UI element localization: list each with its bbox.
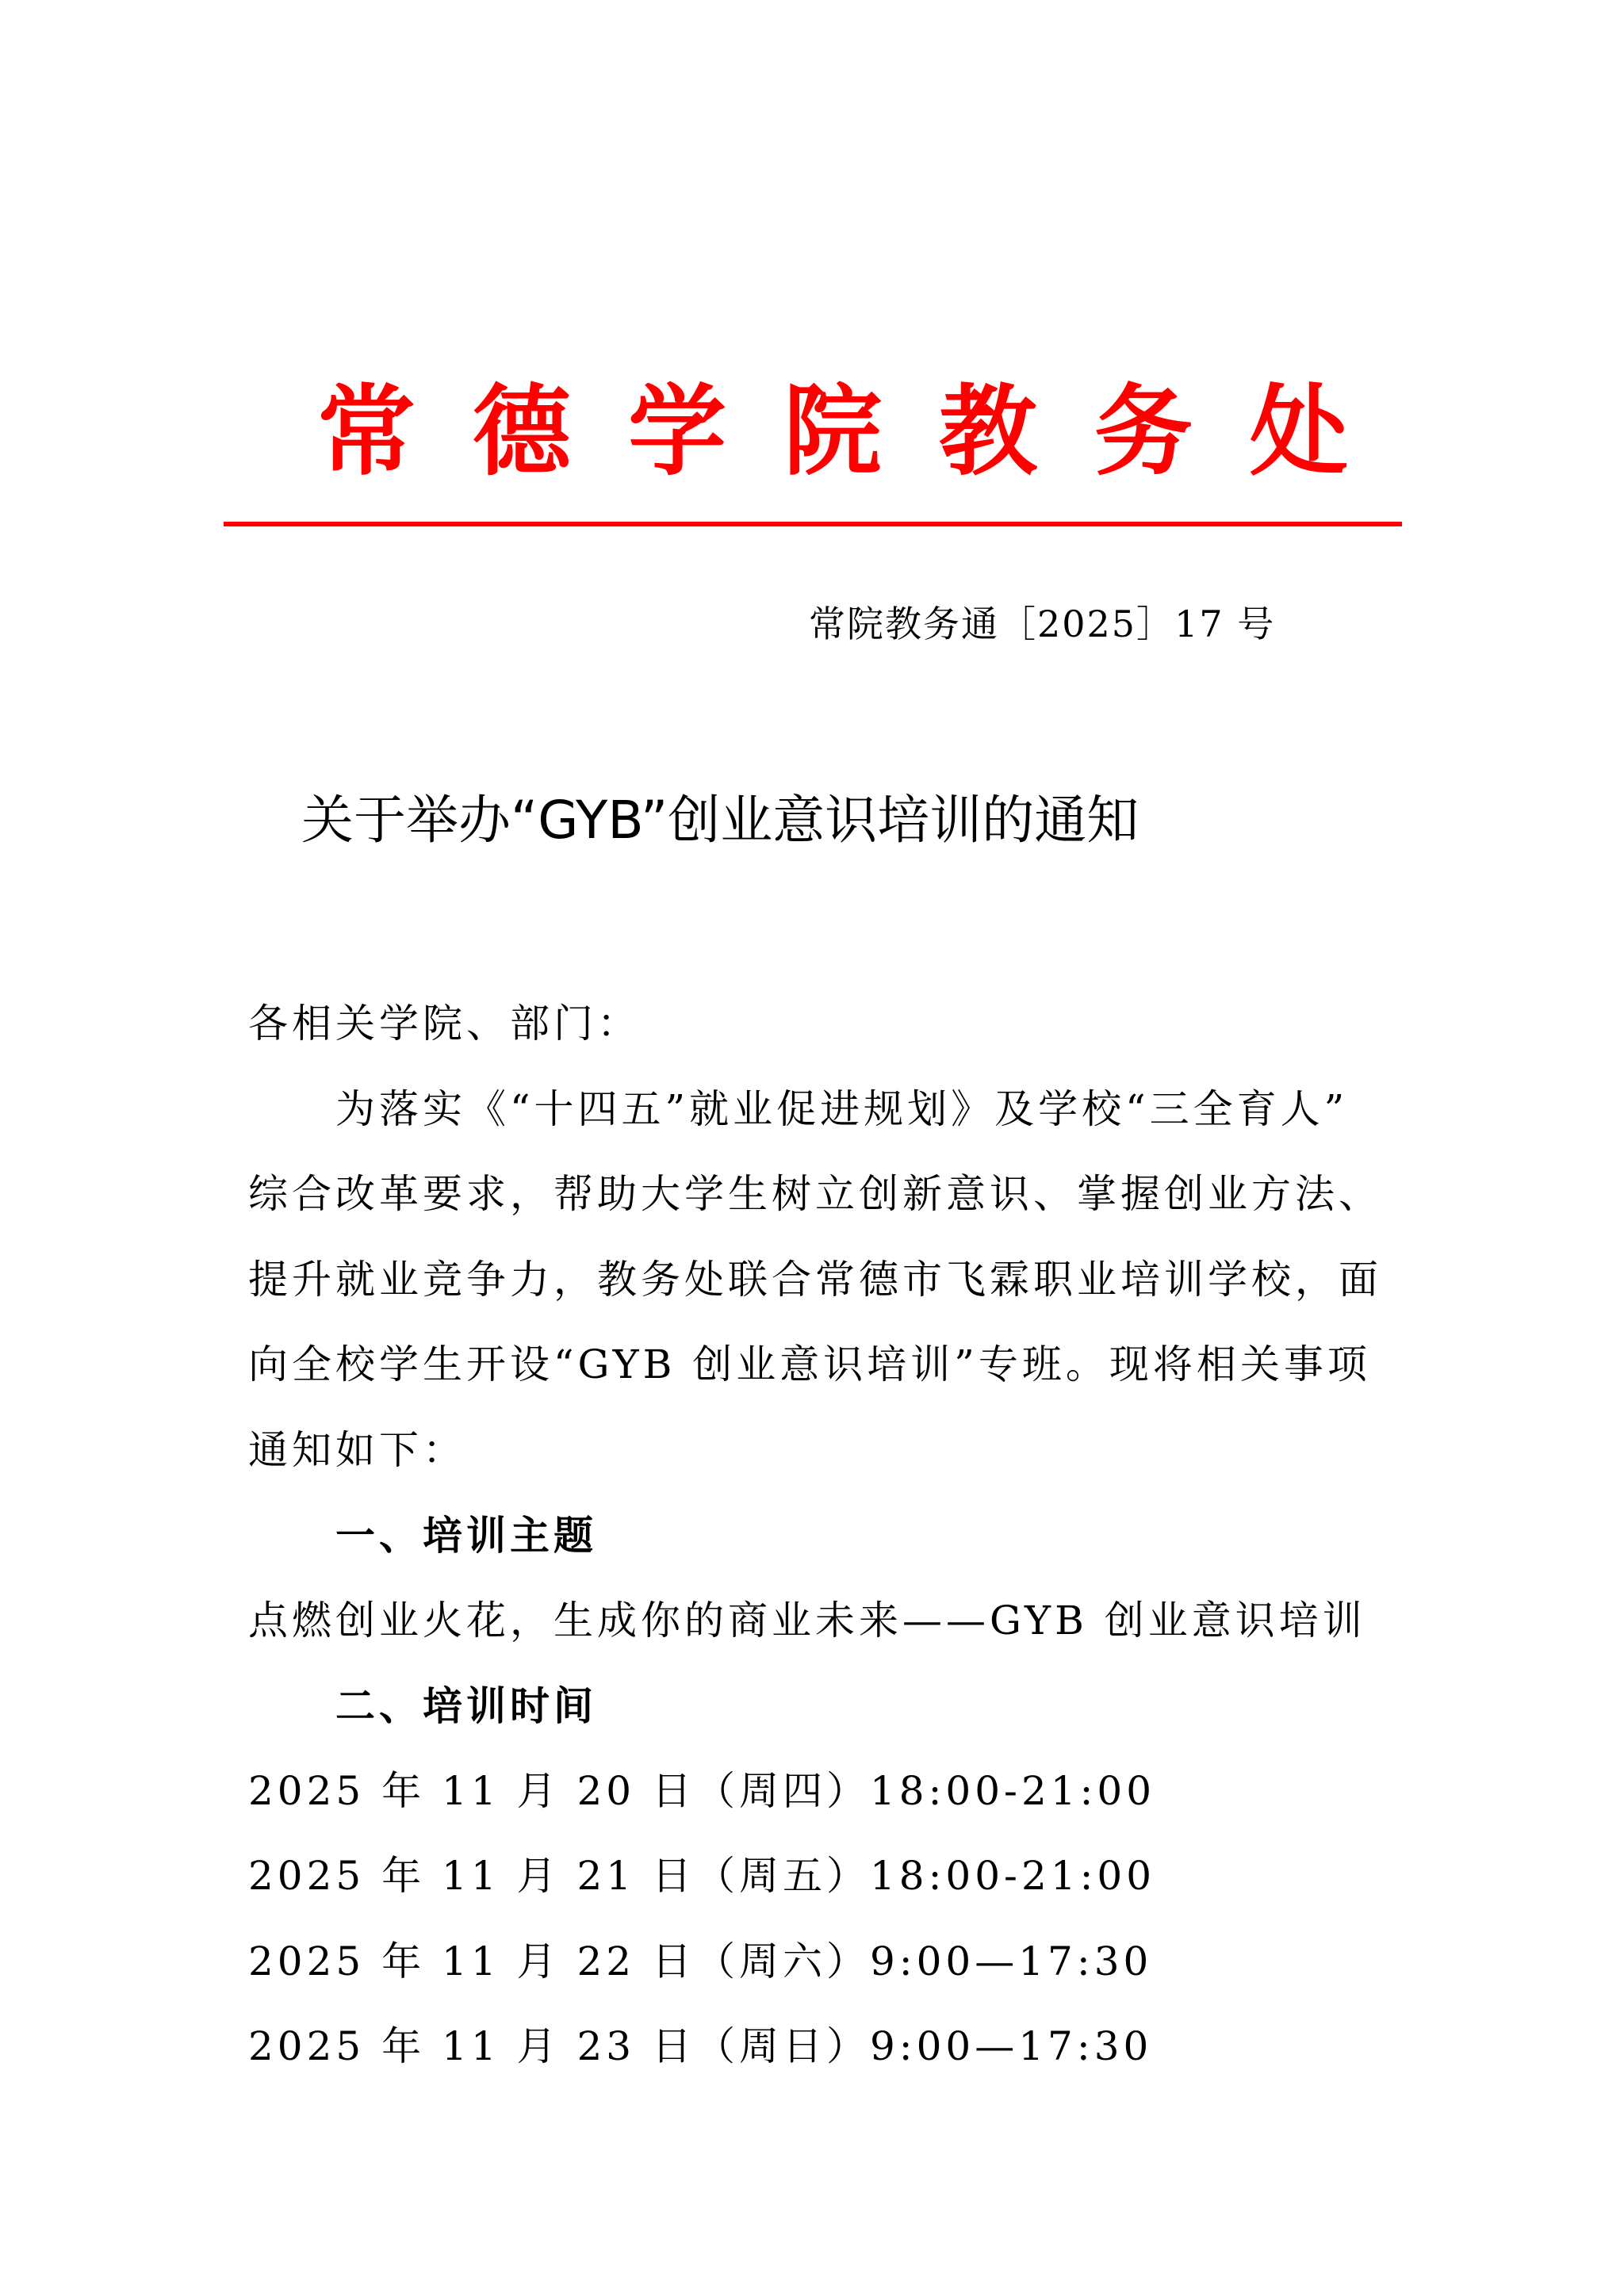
schedule-line: 2025 年 11 月 20 日（周四）18:00-21:00 <box>248 1749 1390 1835</box>
org-title: 常 德 学 院 教 务 处 <box>317 373 1348 492</box>
org-title-char: 学 <box>628 373 726 492</box>
red-divider-rule <box>224 522 1402 526</box>
org-title-char: 德 <box>473 373 571 492</box>
org-title-char: 务 <box>1094 373 1193 492</box>
intro-line: 通知如下： <box>248 1408 1390 1494</box>
notice-body: 各相关学院、部门： 为落实《“十四五”就业促进规划》及学校“三全育人” 综合改革… <box>248 982 1390 2090</box>
intro-line: 综合改革要求，帮助大学生树立创新意识、掌握创业方法、 <box>248 1152 1390 1238</box>
intro-line: 为落实《“十四五”就业促进规划》及学校“三全育人” <box>248 1067 1390 1153</box>
org-title-char: 处 <box>1250 373 1348 492</box>
section-heading-time: 二、培训时间 <box>248 1663 1390 1749</box>
section-heading-theme: 一、培训主题 <box>248 1493 1390 1578</box>
schedule-line: 2025 年 11 月 22 日（周六）9:00—17:30 <box>248 1919 1390 2005</box>
org-title-char: 教 <box>939 373 1037 492</box>
org-title-char: 常 <box>317 373 416 492</box>
intro-line: 向全校学生开设“GYB 创业意识培训”专班。现将相关事项 <box>248 1322 1390 1408</box>
salutation: 各相关学院、部门： <box>248 982 1390 1067</box>
schedule-line: 2025 年 11 月 21 日（周五）18:00-21:00 <box>248 1834 1390 1919</box>
org-title-char: 院 <box>783 373 882 492</box>
document-page: 常 德 学 院 教 务 处 常院教务通［2025］17 号 关于举办“GYB”创… <box>0 0 1624 2296</box>
document-number: 常院教务通［2025］17 号 <box>809 596 1275 652</box>
intro-line: 提升就业竞争力，教务处联合常德市飞霖职业培训学校，面 <box>248 1238 1390 1323</box>
schedule-line: 2025 年 11 月 23 日（周日）9:00—17:30 <box>248 2004 1390 2090</box>
notice-heading: 关于举办“GYB”创业意识培训的通知 <box>301 781 1332 860</box>
section-line: 点燃创业火花，生成你的商业未来——GYB 创业意识培训 <box>248 1578 1390 1664</box>
